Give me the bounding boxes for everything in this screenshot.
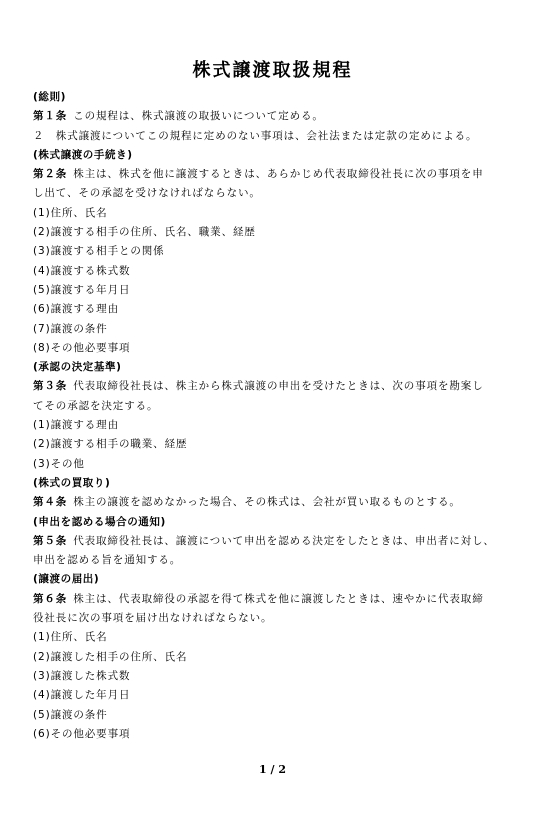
line-text: (1)住所、氏名 [33, 631, 108, 643]
line-text: (3)譲渡する相手との関係 [33, 245, 165, 257]
article-line: 第５条代表取締役社長は、譲渡について申出を認める決定をしたときは、申出者に対し、 [33, 532, 493, 551]
line-text: (5)譲渡する年月日 [33, 284, 130, 296]
line-text: 代表取締役社長は、譲渡について申出を認める決定をしたときは、申出者に対し、 [73, 535, 495, 547]
text-line: (5)譲渡の条件 [33, 706, 493, 725]
document-page: 株式譲渡取扱規程 (総則)第１条この規程は、株式譲渡の取扱いについて定める。２ … [0, 0, 545, 813]
line-text: (3)譲渡した株式数 [33, 670, 130, 682]
text-line: (3)譲渡する相手との関係 [33, 242, 493, 261]
line-text: (8)その他必要事項 [33, 342, 130, 354]
line-text: (2)譲渡する相手の住所、氏名、職業、経歴 [33, 226, 256, 238]
line-text: (2)譲渡する相手の職業、経歴 [33, 438, 187, 450]
text-line: (1)住所、氏名 [33, 204, 493, 223]
text-line: (2)譲渡した相手の住所、氏名 [33, 648, 493, 667]
line-text: (4)譲渡した年月日 [33, 689, 130, 701]
line-text: (1)住所、氏名 [33, 207, 108, 219]
text-line: (6)その他必要事項 [33, 725, 493, 744]
section-heading: (承認の決定基準) [33, 358, 493, 377]
text-line: (2)譲渡する相手の職業、経歴 [33, 435, 493, 454]
section-heading: (総則) [33, 88, 493, 107]
text-line: (4)譲渡する株式数 [33, 262, 493, 281]
section-heading: (申出を認める場合の通知) [33, 513, 493, 532]
line-text: 代表取締役社長は、株主から株式譲渡の申出を受けたときは、次の事項を勘案し [73, 380, 483, 392]
text-line: (1)住所、氏名 [33, 628, 493, 647]
line-text: てその承認を決定する。 [33, 400, 158, 412]
line-text: (3)その他 [33, 458, 85, 470]
line-text: し出て、その承認を受けなければならない。 [33, 187, 261, 199]
article-line: 第２条株主は、株式を他に譲渡するときは、あらかじめ代表取締役社長に次の事項を申 [33, 165, 493, 184]
article-number: 第３条 [33, 380, 67, 392]
section-heading: (譲渡の届出) [33, 570, 493, 589]
line-text: (4)譲渡する株式数 [33, 265, 130, 277]
text-line: (1)譲渡する理由 [33, 416, 493, 435]
text-line: (2)譲渡する相手の住所、氏名、職業、経歴 [33, 223, 493, 242]
article-number: 第４条 [33, 496, 67, 508]
article-number: 第２条 [33, 168, 67, 180]
article-line: 第６条株主は、代表取締役の承認を得て株式を他に譲渡したときは、速やかに代表取締 [33, 590, 493, 609]
text-line: (5)譲渡する年月日 [33, 281, 493, 300]
text-line: (4)譲渡した年月日 [33, 686, 493, 705]
text-line: (3)譲渡した株式数 [33, 667, 493, 686]
text-line: (8)その他必要事項 [33, 339, 493, 358]
line-text: ２ 株式譲渡についてこの規程に定めのない事項は、会社法または定款の定めによる。 [33, 130, 477, 142]
article-number: 第６条 [33, 593, 67, 605]
text-line: ２ 株式譲渡についてこの規程に定めのない事項は、会社法または定款の定めによる。 [33, 127, 493, 146]
article-number: 第５条 [33, 535, 67, 547]
text-line: 役社長に次の事項を届け出なければならない。 [33, 609, 493, 628]
section-heading: (株式の買取り) [33, 474, 493, 493]
line-text: (6)その他必要事項 [33, 728, 130, 740]
line-text: (7)譲渡の条件 [33, 323, 108, 335]
line-text: 株主の譲渡を認めなかった場合、その株式は、会社が買い取るものとする。 [73, 496, 461, 508]
text-line: (3)その他 [33, 455, 493, 474]
line-text: 役社長に次の事項を届け出なければならない。 [33, 612, 272, 624]
line-text: 株主は、代表取締役の承認を得て株式を他に譲渡したときは、速やかに代表取締 [73, 593, 483, 605]
document-body: (総則)第１条この規程は、株式譲渡の取扱いについて定める。２ 株式譲渡についてこ… [33, 88, 493, 744]
text-line: (6)譲渡する理由 [33, 300, 493, 319]
line-text: 申出を認める旨を通知する。 [33, 554, 181, 566]
text-line: し出て、その承認を受けなければならない。 [33, 184, 493, 203]
article-line: 第４条株主の譲渡を認めなかった場合、その株式は、会社が買い取るものとする。 [33, 493, 493, 512]
text-line: 申出を認める旨を通知する。 [33, 551, 493, 570]
line-text: (1)譲渡する理由 [33, 419, 119, 431]
article-number: 第１条 [33, 110, 67, 122]
line-text: (2)譲渡した相手の住所、氏名 [33, 651, 187, 663]
line-text: 株主は、株式を他に譲渡するときは、あらかじめ代表取締役社長に次の事項を申 [73, 168, 483, 180]
article-line: 第３条代表取締役社長は、株主から株式譲渡の申出を受けたときは、次の事項を勘案し [33, 377, 493, 396]
text-line: (7)譲渡の条件 [33, 320, 493, 339]
line-text: (6)譲渡する理由 [33, 303, 119, 315]
document-title: 株式譲渡取扱規程 [0, 60, 545, 82]
article-line: 第１条この規程は、株式譲渡の取扱いについて定める。 [33, 107, 493, 126]
line-text: この規程は、株式譲渡の取扱いについて定める。 [73, 110, 324, 122]
text-line: てその承認を決定する。 [33, 397, 493, 416]
section-heading: (株式譲渡の手続き) [33, 146, 493, 165]
page-number: 1 / 2 [0, 763, 545, 776]
line-text: (5)譲渡の条件 [33, 709, 108, 721]
